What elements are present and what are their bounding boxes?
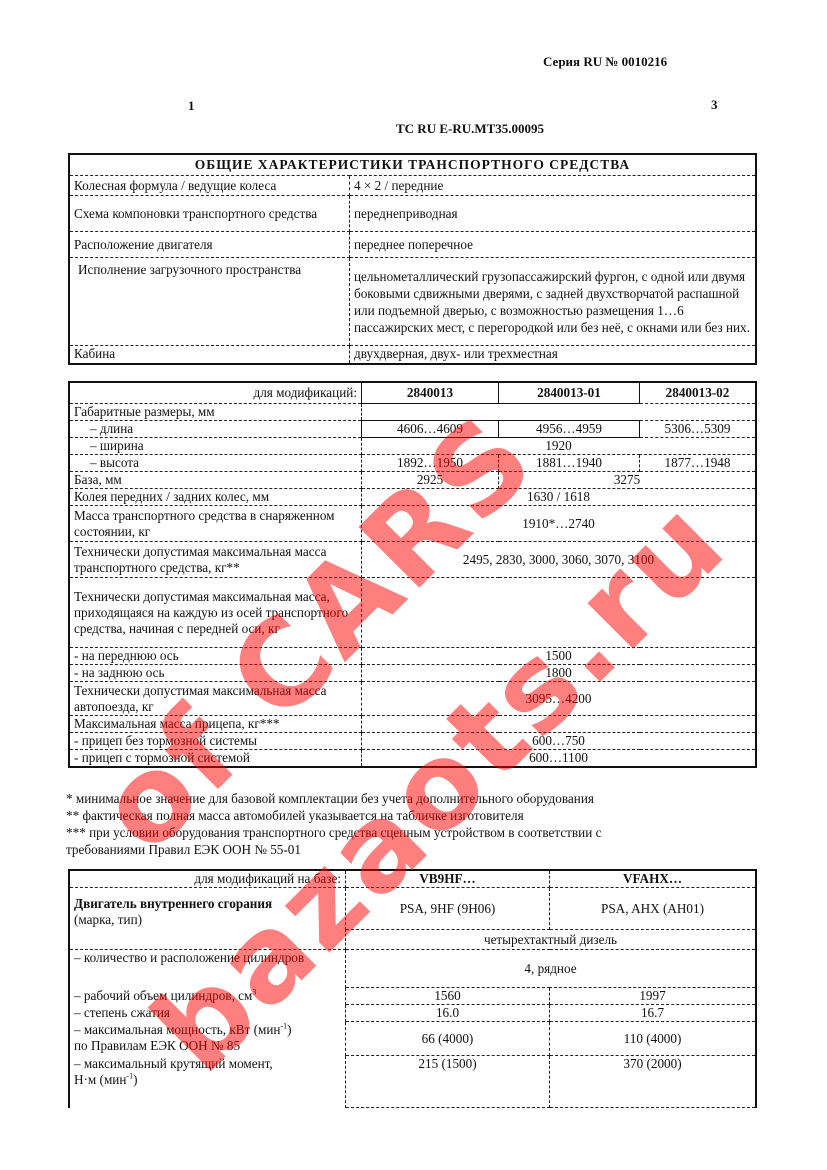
table-row: Колесная формула / ведущие колеса 4 × 2 … bbox=[69, 176, 756, 196]
table-row: - прицеп с тормозной системой 600…1100 bbox=[69, 750, 756, 768]
cell-value: 4956…4959 bbox=[499, 421, 640, 438]
modifications-label: для модификаций на базе: bbox=[69, 870, 346, 888]
page-number-right: 3 bbox=[711, 97, 718, 113]
label-text: – максимальный крутящий момент, bbox=[74, 1056, 273, 1071]
label-text: ) bbox=[133, 1072, 137, 1087]
cell-value: 1800 bbox=[362, 665, 757, 682]
footnote: ** фактическая полная масса автомобилей … bbox=[66, 807, 601, 824]
row-label: – рабочий объем цилиндров, см3 bbox=[69, 988, 346, 1005]
footnote: * минимальное значение для базовой компл… bbox=[66, 790, 601, 807]
table-row: – максимальный крутящий момент,Н·м (мин-… bbox=[69, 1056, 756, 1108]
cell-value: 4606…4609 bbox=[362, 421, 499, 438]
row-value: 4 × 2 / передние bbox=[350, 176, 757, 196]
modifications-label: для модификаций: bbox=[69, 382, 362, 404]
cell-value: 2925 bbox=[362, 472, 499, 489]
row-value: цельнометаллический грузопассажирский фу… bbox=[350, 258, 757, 346]
cell-value: 3275 bbox=[499, 472, 757, 489]
engine-label-title: Двигатель внутреннего сгорания bbox=[74, 896, 272, 911]
table-title: ОБЩИЕ ХАРАКТЕРИСТИКИ ТРАНСПОРТНОГО СРЕДС… bbox=[69, 154, 756, 176]
row-label: Габаритные размеры, мм bbox=[69, 404, 362, 421]
table-row: База, мм 2925 3275 bbox=[69, 472, 756, 489]
footnote: *** при условии оборудования транспортно… bbox=[66, 824, 601, 841]
row-label: – максимальная мощность, кВт (мин-1)по П… bbox=[69, 1022, 346, 1056]
table-row: Колея передних / задних колес, мм 1630 /… bbox=[69, 489, 756, 506]
modification-header: 2840013-01 bbox=[499, 382, 640, 404]
series-number: Серия RU № 0010216 bbox=[543, 54, 667, 70]
row-label: – количество и расположение цилиндров bbox=[69, 950, 346, 988]
table-row: – ширина 1920 bbox=[69, 438, 756, 455]
table-row: Схема компоновки транспортного средства … bbox=[69, 196, 756, 232]
cell-value: PSA, AHX (AH01) bbox=[550, 888, 757, 930]
label-text: – рабочий объем цилиндров, см bbox=[74, 988, 252, 1003]
row-label: База, мм bbox=[69, 472, 362, 489]
row-label: – ширина bbox=[69, 438, 362, 455]
cell-value: 1997 bbox=[550, 988, 757, 1005]
row-label: – степень сжатия bbox=[69, 1005, 346, 1022]
base-header: VB9HF… bbox=[346, 870, 550, 888]
cell-value: 4, рядное bbox=[346, 950, 757, 988]
cell-value: 1892…1950 bbox=[362, 455, 499, 472]
row-label: Колея передних / задних колес, мм bbox=[69, 489, 362, 506]
cell-value: 1910*…2740 bbox=[362, 506, 757, 542]
label-text: Н·м (мин bbox=[74, 1072, 126, 1087]
cell-value: 2495, 2830, 3000, 3060, 3070, 3100 bbox=[362, 542, 757, 578]
table-row: - прицеп без тормозной системы 600…750 bbox=[69, 733, 756, 750]
row-label: Кабина bbox=[69, 346, 350, 364]
row-label: Расположение двигателя bbox=[69, 232, 350, 258]
document-code: TC RU E-RU.MT35.00095 bbox=[396, 121, 544, 137]
row-value: двухдверная, двух- или трехместная bbox=[350, 346, 757, 364]
engine-label-sub: (марка, тип) bbox=[74, 912, 142, 927]
row-label: Максимальная масса прицепа, кг*** bbox=[69, 716, 362, 733]
row-label: - на заднюю ось bbox=[69, 665, 362, 682]
row-label: Исполнение загрузочного пространства bbox=[69, 258, 350, 346]
engine-table: для модификаций на базе: VB9HF… VFAHX… Д… bbox=[68, 869, 757, 1108]
cell-value: 600…750 bbox=[362, 733, 757, 750]
row-value: переднеприводная bbox=[350, 196, 757, 232]
cell-value: 16.0 bbox=[346, 1005, 550, 1022]
row-label: Схема компоновки транспортного средства bbox=[69, 196, 350, 232]
row-label: Колесная формула / ведущие колеса bbox=[69, 176, 350, 196]
row-label: – высота bbox=[69, 455, 362, 472]
cell-value: 1630 / 1618 bbox=[362, 489, 757, 506]
dimensions-table: для модификаций: 2840013 2840013-01 2840… bbox=[68, 381, 757, 768]
row-value: переднее поперечное bbox=[350, 232, 757, 258]
cell-value: 1500 bbox=[362, 648, 757, 665]
table-row: – высота 1892…1950 1881…1940 1877…1948 bbox=[69, 455, 756, 472]
footnotes: * минимальное значение для базовой компл… bbox=[66, 790, 601, 858]
row-label: Технически допустимая максимальная масса… bbox=[69, 542, 362, 578]
label-text: ) bbox=[287, 1022, 291, 1037]
label-text: – максимальная мощность, кВт (мин bbox=[74, 1022, 281, 1037]
cell-value: 1920 bbox=[362, 438, 757, 455]
table-row: Технически допустимая максимальная масса… bbox=[69, 578, 756, 648]
superscript: 3 bbox=[252, 987, 256, 996]
page-number-left: 1 bbox=[188, 98, 195, 114]
row-label: Технически допустимая максимальная масса… bbox=[69, 578, 362, 648]
table-row: Габаритные размеры, мм bbox=[69, 404, 756, 421]
table-header-row: для модификаций: 2840013 2840013-01 2840… bbox=[69, 382, 756, 404]
row-label: Масса транспортного средства в снаряженн… bbox=[69, 506, 362, 542]
table-row: Исполнение загрузочного пространства цел… bbox=[69, 258, 756, 346]
cell-value: 5306…5309 bbox=[640, 421, 757, 438]
table-row: – длина 4606…4609 4956…4959 5306…5309 bbox=[69, 421, 756, 438]
cell-value: 1877…1948 bbox=[640, 455, 757, 472]
cell-value: 3095…4200 bbox=[362, 682, 757, 716]
base-header: VFAHX… bbox=[550, 870, 757, 888]
table-row: Расположение двигателя переднее поперечн… bbox=[69, 232, 756, 258]
footnote: требованиями Правил ЕЭК ООН № 55-01 bbox=[66, 841, 601, 858]
row-label: - на переднюю ось bbox=[69, 648, 362, 665]
general-characteristics-table: ОБЩИЕ ХАРАКТЕРИСТИКИ ТРАНСПОРТНОГО СРЕДС… bbox=[68, 153, 757, 365]
modification-header: 2840013-02 bbox=[640, 382, 757, 404]
cell-value: 66 (4000) bbox=[346, 1022, 550, 1056]
table-row: – степень сжатия 16.0 16.7 bbox=[69, 1005, 756, 1022]
table-row: Максимальная масса прицепа, кг*** bbox=[69, 716, 756, 733]
cell-value: четырехтактный дизель bbox=[346, 930, 757, 950]
row-label: - прицеп с тормозной системой bbox=[69, 750, 362, 768]
cell-value: 600…1100 bbox=[362, 750, 757, 768]
table-header-row: для модификаций на базе: VB9HF… VFAHX… bbox=[69, 870, 756, 888]
cell-value: 16.7 bbox=[550, 1005, 757, 1022]
table-row: Двигатель внутреннего сгорания (марка, т… bbox=[69, 888, 756, 930]
table-row: - на переднюю ось 1500 bbox=[69, 648, 756, 665]
table-row: – максимальная мощность, кВт (мин-1)по П… bbox=[69, 1022, 756, 1056]
engine-label: Двигатель внутреннего сгорания (марка, т… bbox=[69, 888, 346, 950]
table-row: Кабина двухдверная, двух- или трехместна… bbox=[69, 346, 756, 364]
table-row: Технически допустимая максимальная масса… bbox=[69, 682, 756, 716]
row-label: Технически допустимая максимальная масса… bbox=[69, 682, 362, 716]
cell-value: 370 (2000) bbox=[550, 1056, 757, 1108]
table-row: - на заднюю ось 1800 bbox=[69, 665, 756, 682]
cell-value: 1881…1940 bbox=[499, 455, 640, 472]
row-label: – длина bbox=[69, 421, 362, 438]
row-label: - прицеп без тормозной системы bbox=[69, 733, 362, 750]
cell-value: PSA, 9HF (9H06) bbox=[346, 888, 550, 930]
table-row: – рабочий объем цилиндров, см3 1560 1997 bbox=[69, 988, 756, 1005]
label-text: по Правилам ЕЭК ООН № 85 bbox=[74, 1038, 240, 1053]
modification-header: 2840013 bbox=[362, 382, 499, 404]
table-row: Технически допустимая максимальная масса… bbox=[69, 542, 756, 578]
table-row: Масса транспортного средства в снаряженн… bbox=[69, 506, 756, 542]
cell-value: 1560 bbox=[346, 988, 550, 1005]
cell-value: 215 (1500) bbox=[346, 1056, 550, 1108]
cell-value: 110 (4000) bbox=[550, 1022, 757, 1056]
table-row: – количество и расположение цилиндров 4,… bbox=[69, 950, 756, 988]
row-label: – максимальный крутящий момент,Н·м (мин-… bbox=[69, 1056, 346, 1108]
